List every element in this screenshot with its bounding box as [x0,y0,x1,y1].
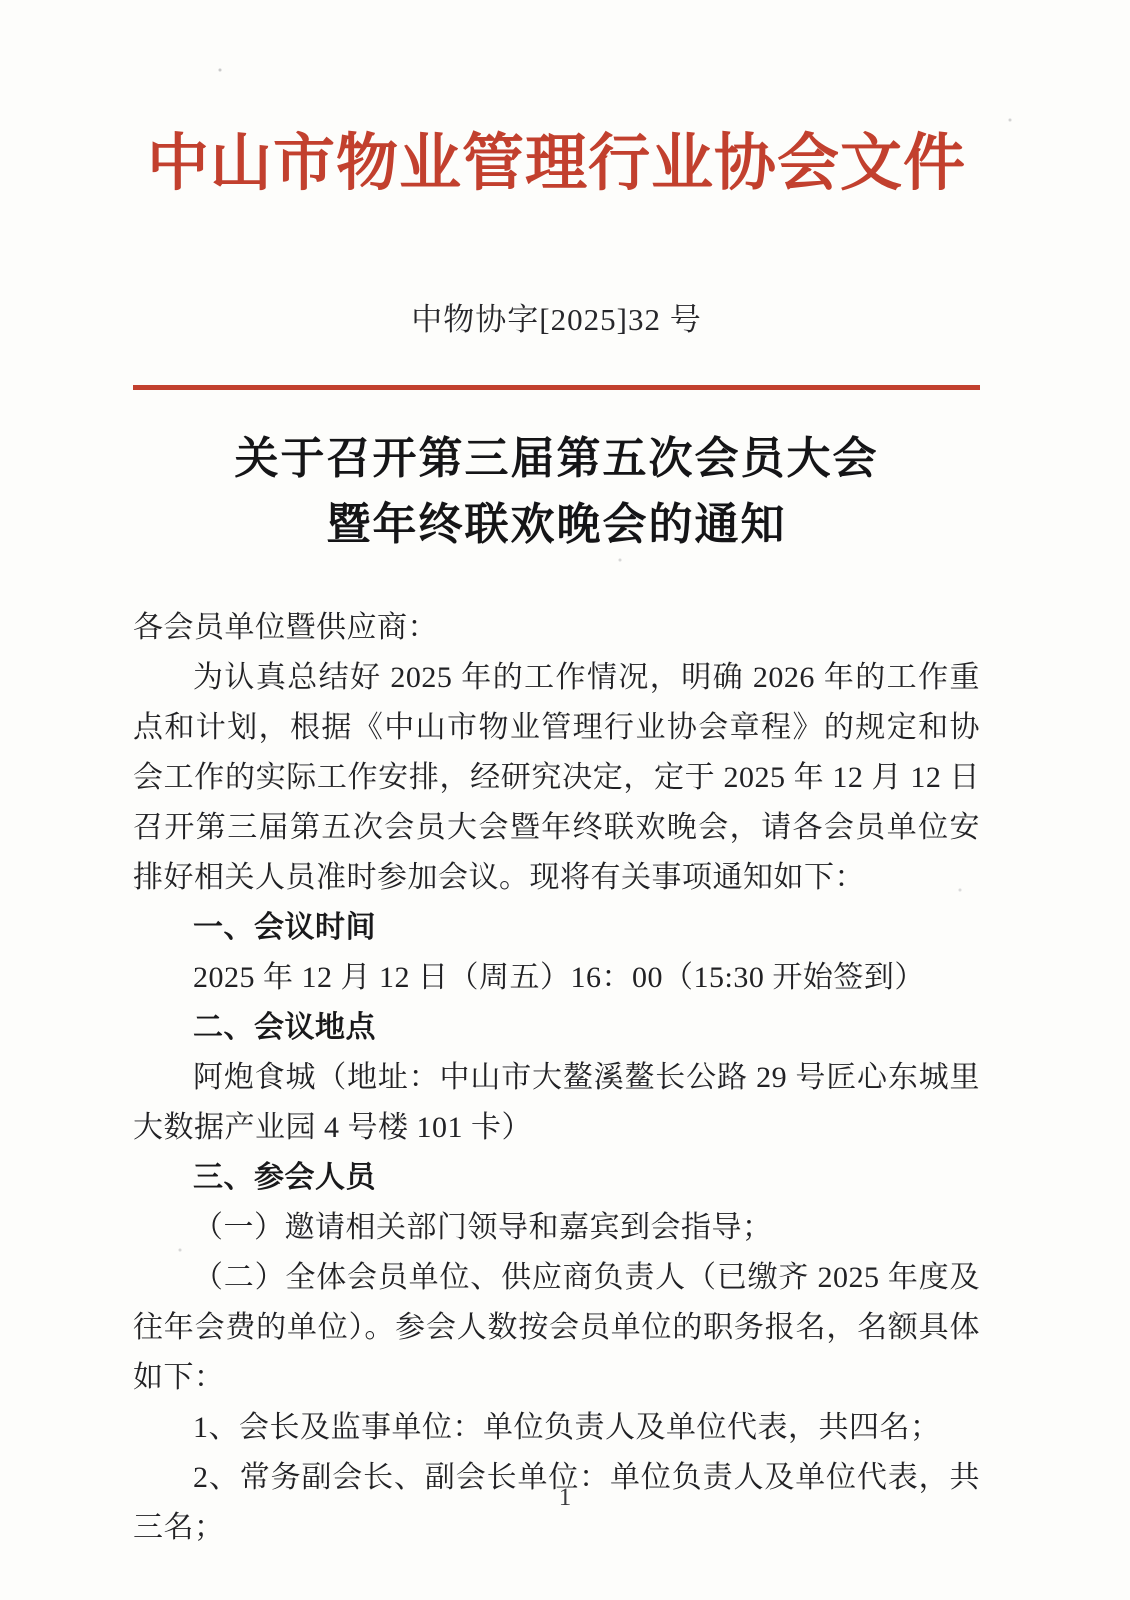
section-3-subitem-1: 1、会长及监事单位：单位负责人及单位代表，共四名； [133,1403,980,1453]
red-divider-line [133,385,980,390]
intro-paragraph: 为认真总结好 2025 年的工作情况，明确 2026 年的工作重点和计划，根据《… [133,653,980,903]
section-3-item-2: （二）全体会员单位、供应商负责人（已缴齐 2025 年度及往年会费的单位）。参会… [133,1253,980,1403]
section-2-content-meeting-venue: 阿炮食城（地址：中山市大鳌溪鳌长公路 29 号匠心东城里大数据产业园 4 号楼 … [133,1053,980,1153]
document-title-line2: 暨年终联欢晚会的通知 [133,492,980,558]
section-3-item-1: （一）邀请相关部门领导和嘉宾到会指导； [133,1203,980,1253]
document-title: 关于召开第三届第五次会员大会 暨年终联欢晚会的通知 [133,426,980,558]
salutation: 各会员单位暨供应商： [133,603,980,653]
page-number: 1 [0,1484,1130,1512]
document-body: 各会员单位暨供应商： 为认真总结好 2025 年的工作情况，明确 2026 年的… [133,603,980,1553]
org-letterhead-title: 中山市物业管理行业协会文件 [133,120,980,208]
document-reference-number: 中物协字[2025]32 号 [133,294,980,339]
section-2-heading: 二、会议地点 [133,1003,980,1053]
document-page: 中山市物业管理行业协会文件 中物协字[2025]32 号 关于召开第三届第五次会… [0,0,1130,1600]
section-1-content-meeting-time: 2025 年 12 月 12 日（周五）16：00（15:30 开始签到） [133,953,980,1003]
section-3-heading: 三、参会人员 [133,1153,980,1203]
section-1-heading: 一、会议时间 [133,903,980,953]
document-title-line1: 关于召开第三届第五次会员大会 [133,426,980,492]
